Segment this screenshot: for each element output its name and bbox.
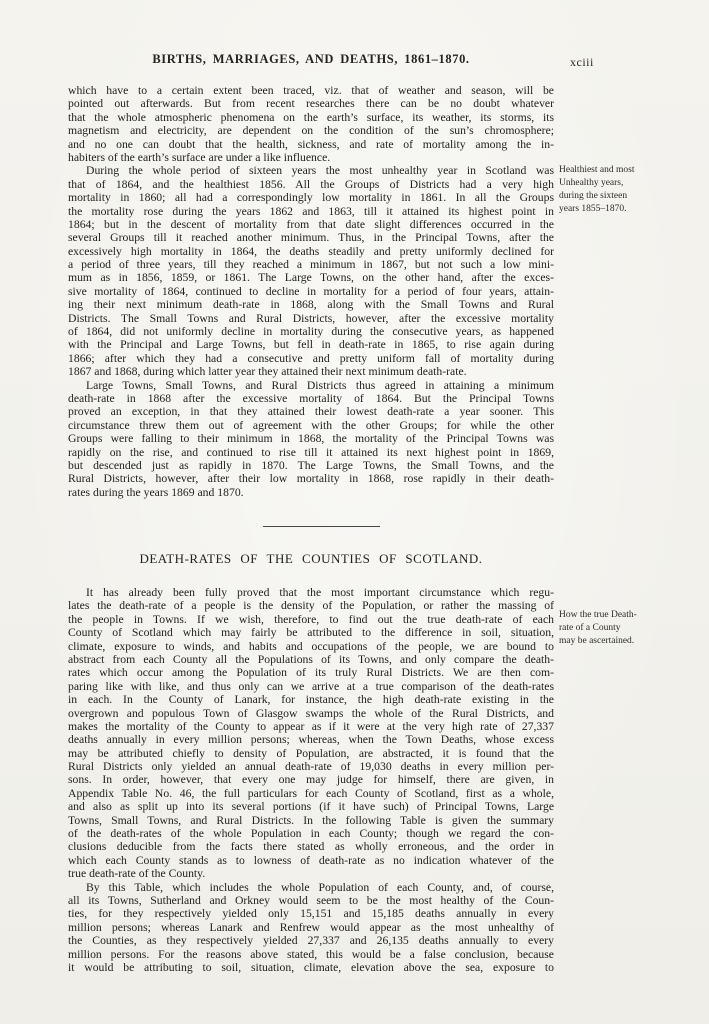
text-line: that the whole atmospheric phenomena on … [68, 111, 554, 124]
text-line: a period of three years, till they reach… [68, 258, 554, 271]
text-line: rates during the years 1869 and 1870. [68, 486, 554, 499]
text-line: 1867 and 1868, during which latter year … [68, 365, 554, 378]
text-line: million persons. For the reasons above s… [68, 948, 554, 961]
text-line: Rural Districts only yielded an annual d… [68, 760, 554, 773]
text-line: excessively high mortality in 1864, the … [68, 245, 554, 258]
text-line: the people in Towns. If we wish, therefo… [68, 613, 554, 626]
paragraph: which have to a certain extent been trac… [68, 84, 554, 164]
text-line: ing their next minimum death-rate in 186… [68, 298, 554, 311]
text-line: with the Principal and Large Towns, but … [68, 338, 554, 351]
text-line: deaths annually in every million persons… [68, 733, 554, 746]
text-line: makes the mortality of the County to app… [68, 720, 554, 733]
text-line: During the whole period of sixteen years… [68, 164, 554, 177]
text-line: death-rate in 1868 after the excessive m… [68, 392, 554, 405]
text-line: rates which occur among the Population o… [68, 666, 554, 679]
text-line: of the death-rates of the whole Populati… [68, 827, 554, 840]
text-line: lates the death-rate of a people is the … [68, 599, 554, 612]
text-line: several Groups till it reached another m… [68, 231, 554, 244]
text-line: Appendix Table No. 46, the full particul… [68, 787, 554, 800]
text-line: which have to a certain extent been trac… [68, 84, 554, 97]
margin-note-line: How the true Death- [559, 609, 659, 622]
text-line: 1864; but in the descent of mortality fr… [68, 218, 554, 231]
text-line: magnetism and electricity, are dependent… [68, 124, 554, 137]
section-weather-and-mortality-body: which have to a certain extent been trac… [68, 84, 554, 499]
text-line: Districts. The Small Towns and Rural Dis… [68, 312, 554, 325]
paragraph: It has already been fully proved that th… [68, 586, 554, 881]
section-divider-rule [263, 526, 380, 527]
text-line: it would be attributing to soil, situati… [68, 961, 554, 974]
text-line: which each County stands as to lowness o… [68, 854, 554, 867]
margin-note-healthiest-unhealthy-years: Healthiest and mostUnhealthy years,durin… [559, 164, 659, 216]
running-header-title: BIRTHS, MARRIAGES, AND DEATHS, 1861–1870… [68, 52, 554, 67]
text-line: of 1864, did not uniformly decline in mo… [68, 325, 554, 338]
page-number: xciii [570, 55, 594, 70]
paragraph: During the whole period of sixteen years… [68, 164, 554, 378]
margin-note-line: Healthiest and most [559, 164, 659, 177]
section-death-rates-counties-body: It has already been fully proved that th… [68, 586, 554, 974]
text-line: Towns, Small Towns, and Rural Districts.… [68, 814, 554, 827]
text-line: may be attributed chiefly to density of … [68, 747, 554, 760]
text-line: but descended just as rapidly in 1870. T… [68, 459, 554, 472]
text-line: the Counties, as they respectively yield… [68, 934, 554, 947]
text-line: sons. In order, however, that every one … [68, 773, 554, 786]
text-line: clusions deducible from the facts there … [68, 840, 554, 853]
scanned-report-page: BIRTHS, MARRIAGES, AND DEATHS, 1861–1870… [0, 0, 709, 1024]
text-line: rapidly on the rise, and continued to ri… [68, 446, 554, 459]
margin-note-how-true-death-rate: How the true Death-rate of a Countymay b… [559, 609, 659, 648]
text-line: true death-rate of the County. [68, 867, 554, 880]
text-line: million persons; whereas Lanark and Renf… [68, 921, 554, 934]
text-line: overgrown and populous Town of Glasgow s… [68, 707, 554, 720]
text-line: habiters of the earth’s surface are unde… [68, 151, 554, 164]
margin-note-line: may be ascertained. [559, 635, 659, 648]
text-line: paring like with like, and thus only can… [68, 680, 554, 693]
text-line: abstract from each County all the Popula… [68, 653, 554, 666]
text-line: in each. In the County of Lanark, for in… [68, 693, 554, 706]
text-line: and no one can doubt that the health, si… [68, 138, 554, 151]
text-line: that of 1864, and the healthiest 1856. A… [68, 178, 554, 191]
text-line: proved an exception, in that they attain… [68, 405, 554, 418]
section-heading-death-rates-counties: DEATH-RATES OF THE COUNTIES OF SCOTLAND. [68, 551, 554, 567]
text-line: mum as in 1856, 1859, or 1861. The Large… [68, 271, 554, 284]
text-line: Large Towns, Small Towns, and Rural Dist… [68, 379, 554, 392]
text-line: circumstance threw them out of agreement… [68, 419, 554, 432]
text-line: and also as split up into its several po… [68, 800, 554, 813]
margin-note-line: years 1855–1870. [559, 203, 659, 216]
paragraph: By this Table, which includes the whole … [68, 881, 554, 975]
text-line: 1866; after which they had a consecutive… [68, 352, 554, 365]
text-line: Groups were falling to their minimum in … [68, 432, 554, 445]
margin-note-line: Unhealthy years, [559, 177, 659, 190]
text-line: By this Table, which includes the whole … [68, 881, 554, 894]
margin-note-line: rate of a County [559, 622, 659, 635]
paragraph: Large Towns, Small Towns, and Rural Dist… [68, 379, 554, 500]
margin-note-line: during the sixteen [559, 190, 659, 203]
text-line: sive mortality of 1864, continued to dec… [68, 285, 554, 298]
text-line: Rural Districts, however, after their lo… [68, 472, 554, 485]
text-line: pointed out afterwards. But from recent … [68, 97, 554, 110]
text-line: mortality in 1860; all had a correspondi… [68, 191, 554, 204]
text-line: climate, exposure to winds, and habits a… [68, 640, 554, 653]
text-line: ties, for they respectively yielded only… [68, 907, 554, 920]
text-line: County of Scotland which may fairly be a… [68, 626, 554, 639]
text-line: It has already been fully proved that th… [68, 586, 554, 599]
text-line: all its Towns, Sutherland and Orkney wou… [68, 894, 554, 907]
text-line: the mortality rose during the years 1862… [68, 205, 554, 218]
